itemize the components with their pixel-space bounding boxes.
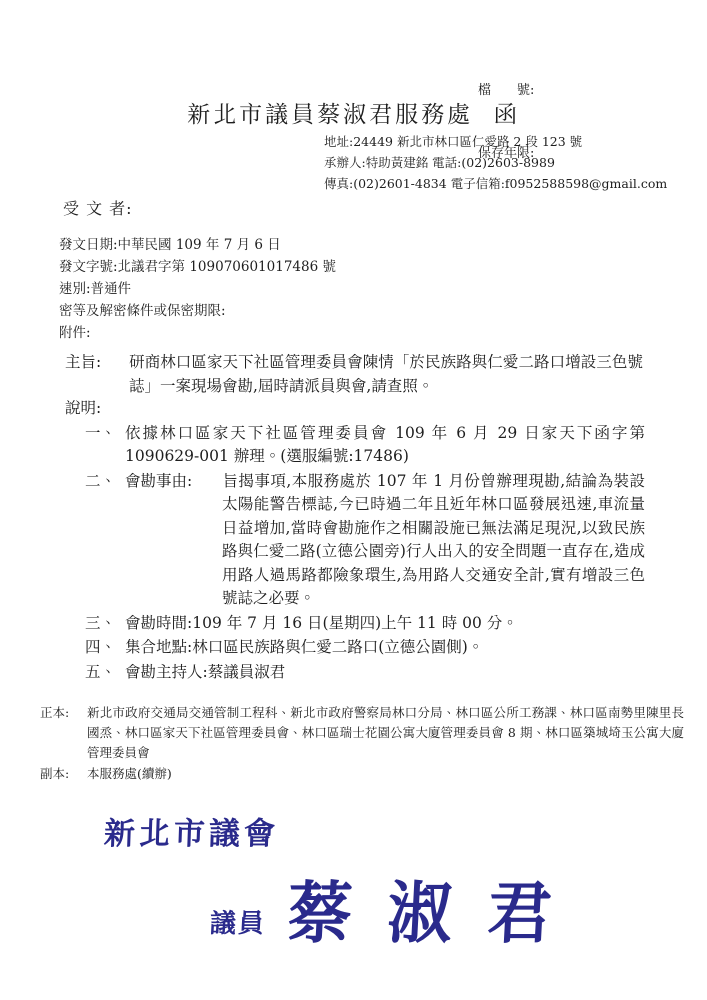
issue-number: 發文字號:北議君字第 109070601017486 號	[59, 256, 336, 278]
meta-block: 發文日期:中華民國 109 年 7 月 6 日 發文字號:北議君字第 10907…	[59, 234, 336, 344]
office-fax-email: 傳真:(02)2601-4834 電子信箱:f0952588598@gmail.…	[324, 173, 667, 194]
doc-type-label: 函	[494, 102, 520, 128]
carbon-copy-text: 本服務處(續辦)	[87, 764, 684, 784]
item-text: 集合地點:林口區民族路與仁愛二路口(立德公園側)。	[125, 636, 645, 660]
original-copy-list: 新北市政府交通局交通管制工程科、新北市政府警察局林口分局、林口區公所工務課、林口…	[87, 703, 684, 763]
signer-row: 議員 蔡 淑 君	[210, 862, 552, 954]
recipient-label: 受 文 者:	[63, 196, 133, 219]
explanation-item: 一、 依據林口區家天下社區管理委員會 109 年 6 月 29 日家天下函字第 …	[85, 422, 645, 469]
speed-class: 速別:普通件	[59, 278, 336, 300]
original-copy-row: 正本: 新北市政府交通局交通管制工程科、新北市政府警察局林口分局、林口區公所工務…	[40, 703, 684, 763]
office-contact-person: 承辦人:特助黃建銘 電話:(02)2603-8989	[324, 152, 667, 173]
explanation-block: 說明: 一、 依據林口區家天下社區管理委員會 109 年 6 月 29 日家天下…	[65, 397, 645, 684]
item-number: 三、	[85, 612, 125, 636]
item-text: 會勘主持人:蔡議員淑君	[125, 661, 645, 685]
subject-label: 主旨:	[65, 351, 129, 375]
item-body-text: 旨揭事項,本服務處於 107 年 1 月份曾辦理現勘,結論為裝設太陽能警告標誌,…	[222, 472, 645, 608]
subject-block: 主旨:研商林口區家天下社區管理委員會陳情「於民族路與仁愛二路口增設三色號誌」一案…	[65, 351, 643, 398]
subject-text: 研商林口區家天下社區管理委員會陳情「於民族路與仁愛二路口增設三色號誌」一案現場會…	[129, 353, 643, 395]
signer-role: 議員	[209, 903, 267, 940]
item-number: 四、	[85, 636, 125, 660]
office-address: 地址:24449 新北市林口區仁愛路 2 段 123 號	[324, 131, 667, 152]
signature-char: 蔡	[285, 860, 354, 957]
item-number: 二、	[85, 470, 125, 611]
issue-date: 發文日期:中華民國 109 年 7 月 6 日	[59, 234, 336, 256]
office-name: 新北市議員蔡淑君服務處	[187, 102, 473, 128]
item-text: 會勘事由:旨揭事項,本服務處於 107 年 1 月份曾辦理現勘,結論為裝設太陽能…	[125, 470, 645, 611]
item-number: 一、	[85, 422, 125, 469]
carbon-copy-label: 副本:	[40, 764, 87, 784]
signature-char: 君	[485, 860, 554, 957]
explanation-items: 一、 依據林口區家天下社區管理委員會 109 年 6 月 29 日家天下函字第 …	[85, 422, 645, 685]
office-contact-block: 地址:24449 新北市林口區仁愛路 2 段 123 號 承辦人:特助黃建銘 電…	[324, 131, 667, 194]
item-label: 會勘事由:	[125, 470, 222, 494]
attachment-label: 附件:	[59, 322, 336, 344]
item-paragraph: 會勘事由:旨揭事項,本服務處於 107 年 1 月份曾辦理現勘,結論為裝設太陽能…	[125, 470, 645, 611]
signer-name: 蔡 淑 君	[288, 862, 552, 954]
item-text: 會勘時間:109 年 7 月 16 日(星期四)上午 11 時 00 分。	[125, 612, 645, 636]
document-title: 新北市議員蔡淑君服務處函	[0, 96, 707, 129]
explanation-item: 五、 會勘主持人:蔡議員淑君	[85, 661, 645, 685]
carbon-copy-row: 副本: 本服務處(續辦)	[40, 764, 684, 784]
distribution-block: 正本: 新北市政府交通局交通管制工程科、新北市政府警察局林口分局、林口區公所工務…	[40, 703, 684, 784]
document-page: 檔 號: 保存年限: 新北市議員蔡淑君服務處函 地址:24449 新北市林口區仁…	[0, 0, 707, 1000]
explanation-item: 二、 會勘事由:旨揭事項,本服務處於 107 年 1 月份曾辦理現勘,結論為裝設…	[85, 470, 645, 611]
subject-paragraph: 主旨:研商林口區家天下社區管理委員會陳情「於民族路與仁愛二路口增設三色號誌」一案…	[65, 351, 643, 398]
explanation-label: 說明:	[65, 397, 645, 421]
explanation-item: 三、 會勘時間:109 年 7 月 16 日(星期四)上午 11 時 00 分。	[85, 612, 645, 636]
original-copy-label: 正本:	[40, 703, 87, 763]
council-calligraphy: 新北市議會	[103, 808, 280, 853]
item-number: 五、	[85, 661, 125, 685]
signature-char: 淑	[385, 860, 454, 957]
explanation-item: 四、 集合地點:林口區民族路與仁愛二路口(立德公園側)。	[85, 636, 645, 660]
security-class: 密等及解密條件或保密期限:	[59, 300, 336, 322]
item-text: 依據林口區家天下社區管理委員會 109 年 6 月 29 日家天下函字第 109…	[125, 422, 645, 469]
